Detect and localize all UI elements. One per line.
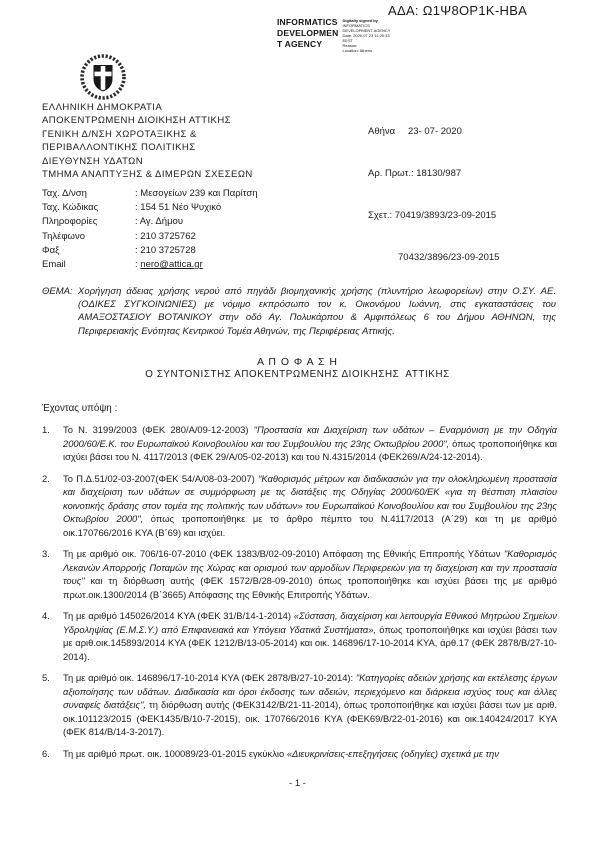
contact-block: Ταχ. Δ/νση Μεσογείων 239 και Παρίτση Ταχ…	[42, 187, 257, 272]
related-label: Σχετ.:	[368, 209, 392, 223]
legal-item-text: Τη με αριθμό πρωτ. οικ. 100089/23-01-201…	[63, 747, 557, 761]
stamp-agency-name: INFORMATICS DEVELOPMEN T AGENCY	[277, 17, 339, 53]
decision-subtitle: Ο ΣΥΝΤΟΝΙΣΤΗΣ ΑΠΟΚΕΝΤΡΩΜΕΝΗΣ ΔΙΟΙΚΗΣΗΣ Α…	[0, 369, 595, 380]
legal-item-number: 2.	[42, 472, 63, 540]
page-number: - 1 -	[0, 778, 595, 789]
legal-item: 4.Τη με αριθμό 145026/2014 ΚΥΑ (ΦΕΚ 31/Β…	[42, 609, 557, 663]
protocol-label: Αρ. Πρωτ.:	[368, 167, 414, 181]
subject-section: ΘΕΜΑ: Χορήγηση άδειας χρήσης νερού από π…	[42, 285, 556, 338]
legal-item: 1.Το Ν. 3199/2003 (ΦΕΚ 280/Α/09-12-2003)…	[42, 423, 557, 464]
having-regard-label: Έχοντας υπόψη :	[42, 403, 117, 414]
legal-item: 3.Τη με αριθμό οικ. 706/16-07-2010 (ΦΕΚ …	[42, 547, 557, 601]
letterhead-line: ΤΜΗΜΑ ΑΝΑΠΤΥΞΗΣ & ΔΙΜΕΡΩΝ ΣΧΕΣΕΩΝ	[42, 168, 253, 181]
related-row: 70432/3896/23-09-2015	[368, 251, 499, 265]
email-link[interactable]: nero@attica.gr	[140, 259, 202, 270]
legal-item-text: Τη με αριθμό οικ. 146896/17-10-2014 ΚΥΑ …	[63, 671, 557, 739]
contact-row: Φαξ 210 3725728	[42, 244, 257, 258]
legal-item-number: 3.	[42, 547, 63, 601]
ada-code: ΑΔΑ: Ω1Ψ8ΟΡ1Κ-ΗΒΑ	[388, 3, 527, 18]
legal-item-text: Τη με αριθμό οικ. 706/16-07-2010 (ΦΕΚ 13…	[63, 547, 557, 601]
document-page: ΑΔΑ: Ω1Ψ8ΟΡ1Κ-ΗΒΑ INFORMATICS DEVELOPMEN…	[0, 0, 595, 842]
contact-row: Πληροφορίες Αγ. Δήμου	[42, 215, 257, 229]
related-number: 70419/3893/23-09-2015	[395, 209, 496, 223]
letterhead-line: ΕΛΛΗΝΙΚΗ ΔΗΜΟΚΡΑΤΙΑ	[42, 101, 253, 114]
legal-item-text: Τη με αριθμό 145026/2014 ΚΥΑ (ΦΕΚ 31/Β/1…	[63, 609, 557, 663]
letterhead-line: ΑΠΟΚΕΝΤΡΩΜΕΝΗ ΔΙΟΙΚΗΣΗ ΑΤΤΙΚΗΣ	[42, 114, 253, 127]
legal-item-number: 5.	[42, 671, 63, 739]
legal-item-number: 1.	[42, 423, 63, 464]
decision-title: Α Π Ο Φ Α Σ Η	[0, 356, 595, 368]
related-number: 70432/3896/23-09-2015	[398, 251, 499, 265]
letterhead: ΕΛΛΗΝΙΚΗ ΔΗΜΟΚΡΑΤΙΑ ΑΠΟΚΕΝΤΡΩΜΕΝΗ ΔΙΟΙΚΗ…	[42, 101, 253, 181]
legal-item-number: 6.	[42, 747, 63, 761]
letterhead-line: ΓΕΝΙΚΗ Δ/ΝΣΗ ΧΩΡΟΤΑΞΙΚΗΣ &	[42, 128, 253, 141]
legal-item-text: Το Π.Δ.51/02-03-2007(ΦΕΚ 54/Α/08-03-2007…	[63, 472, 557, 540]
legal-item: 5.Τη με αριθμό οικ. 146896/17-10-2014 ΚΥ…	[42, 671, 557, 739]
legal-list: 1.Το Ν. 3199/2003 (ΦΕΚ 280/Α/09-12-2003)…	[42, 423, 557, 768]
subject-text: Χορήγηση άδειας χρήσης νερού από πηγάδι …	[78, 285, 556, 338]
legal-item-number: 4.	[42, 609, 63, 663]
letterhead-line: ΔΙΕΥΘΥΝΣΗ ΥΔΑΤΩΝ	[42, 155, 253, 168]
legal-item: 2.Το Π.Δ.51/02-03-2007(ΦΕΚ 54/Α/08-03-20…	[42, 472, 557, 540]
contact-row: Ταχ. Δ/νση Μεσογείων 239 και Παρίτση	[42, 187, 257, 201]
subject-label: ΘΕΜΑ:	[42, 285, 78, 338]
document-date: 23- 07- 2020	[408, 125, 462, 139]
contact-row-email: Email nero@attica.gr	[42, 258, 257, 272]
contact-row: Τηλέφωνο 210 3725762	[42, 230, 257, 244]
reference-block: Αθήνα 23- 07- 2020 Αρ. Πρωτ.: 18130/987 …	[368, 97, 499, 293]
legal-item-text: Το Ν. 3199/2003 (ΦΕΚ 280/Α/09-12-2003) "…	[63, 423, 557, 464]
stamp-signature-details: Digitally signed by INFORMATICS DEVELOPM…	[343, 17, 391, 53]
greek-coat-of-arms-icon	[77, 50, 129, 102]
related-row: Σχετ.: 70419/3893/23-09-2015	[368, 209, 499, 223]
digital-signature-stamp: INFORMATICS DEVELOPMEN T AGENCY Digitall…	[277, 17, 390, 53]
protocol-row: Αρ. Πρωτ.: 18130/987	[368, 167, 499, 181]
protocol-number: 18130/987	[416, 167, 461, 181]
city-date-row: Αθήνα 23- 07- 2020	[368, 125, 499, 139]
contact-row: Ταχ. Κώδικας 154 51 Νέο Ψυχικό	[42, 201, 257, 215]
legal-item: 6.Τη με αριθμό πρωτ. οικ. 100089/23-01-2…	[42, 747, 557, 761]
city-label: Αθήνα	[368, 125, 408, 139]
letterhead-line: ΠΕΡΙΒΑΛΛΟΝΤΙΚΗΣ ΠΟΛΙΤΙΚΗΣ	[42, 141, 253, 154]
